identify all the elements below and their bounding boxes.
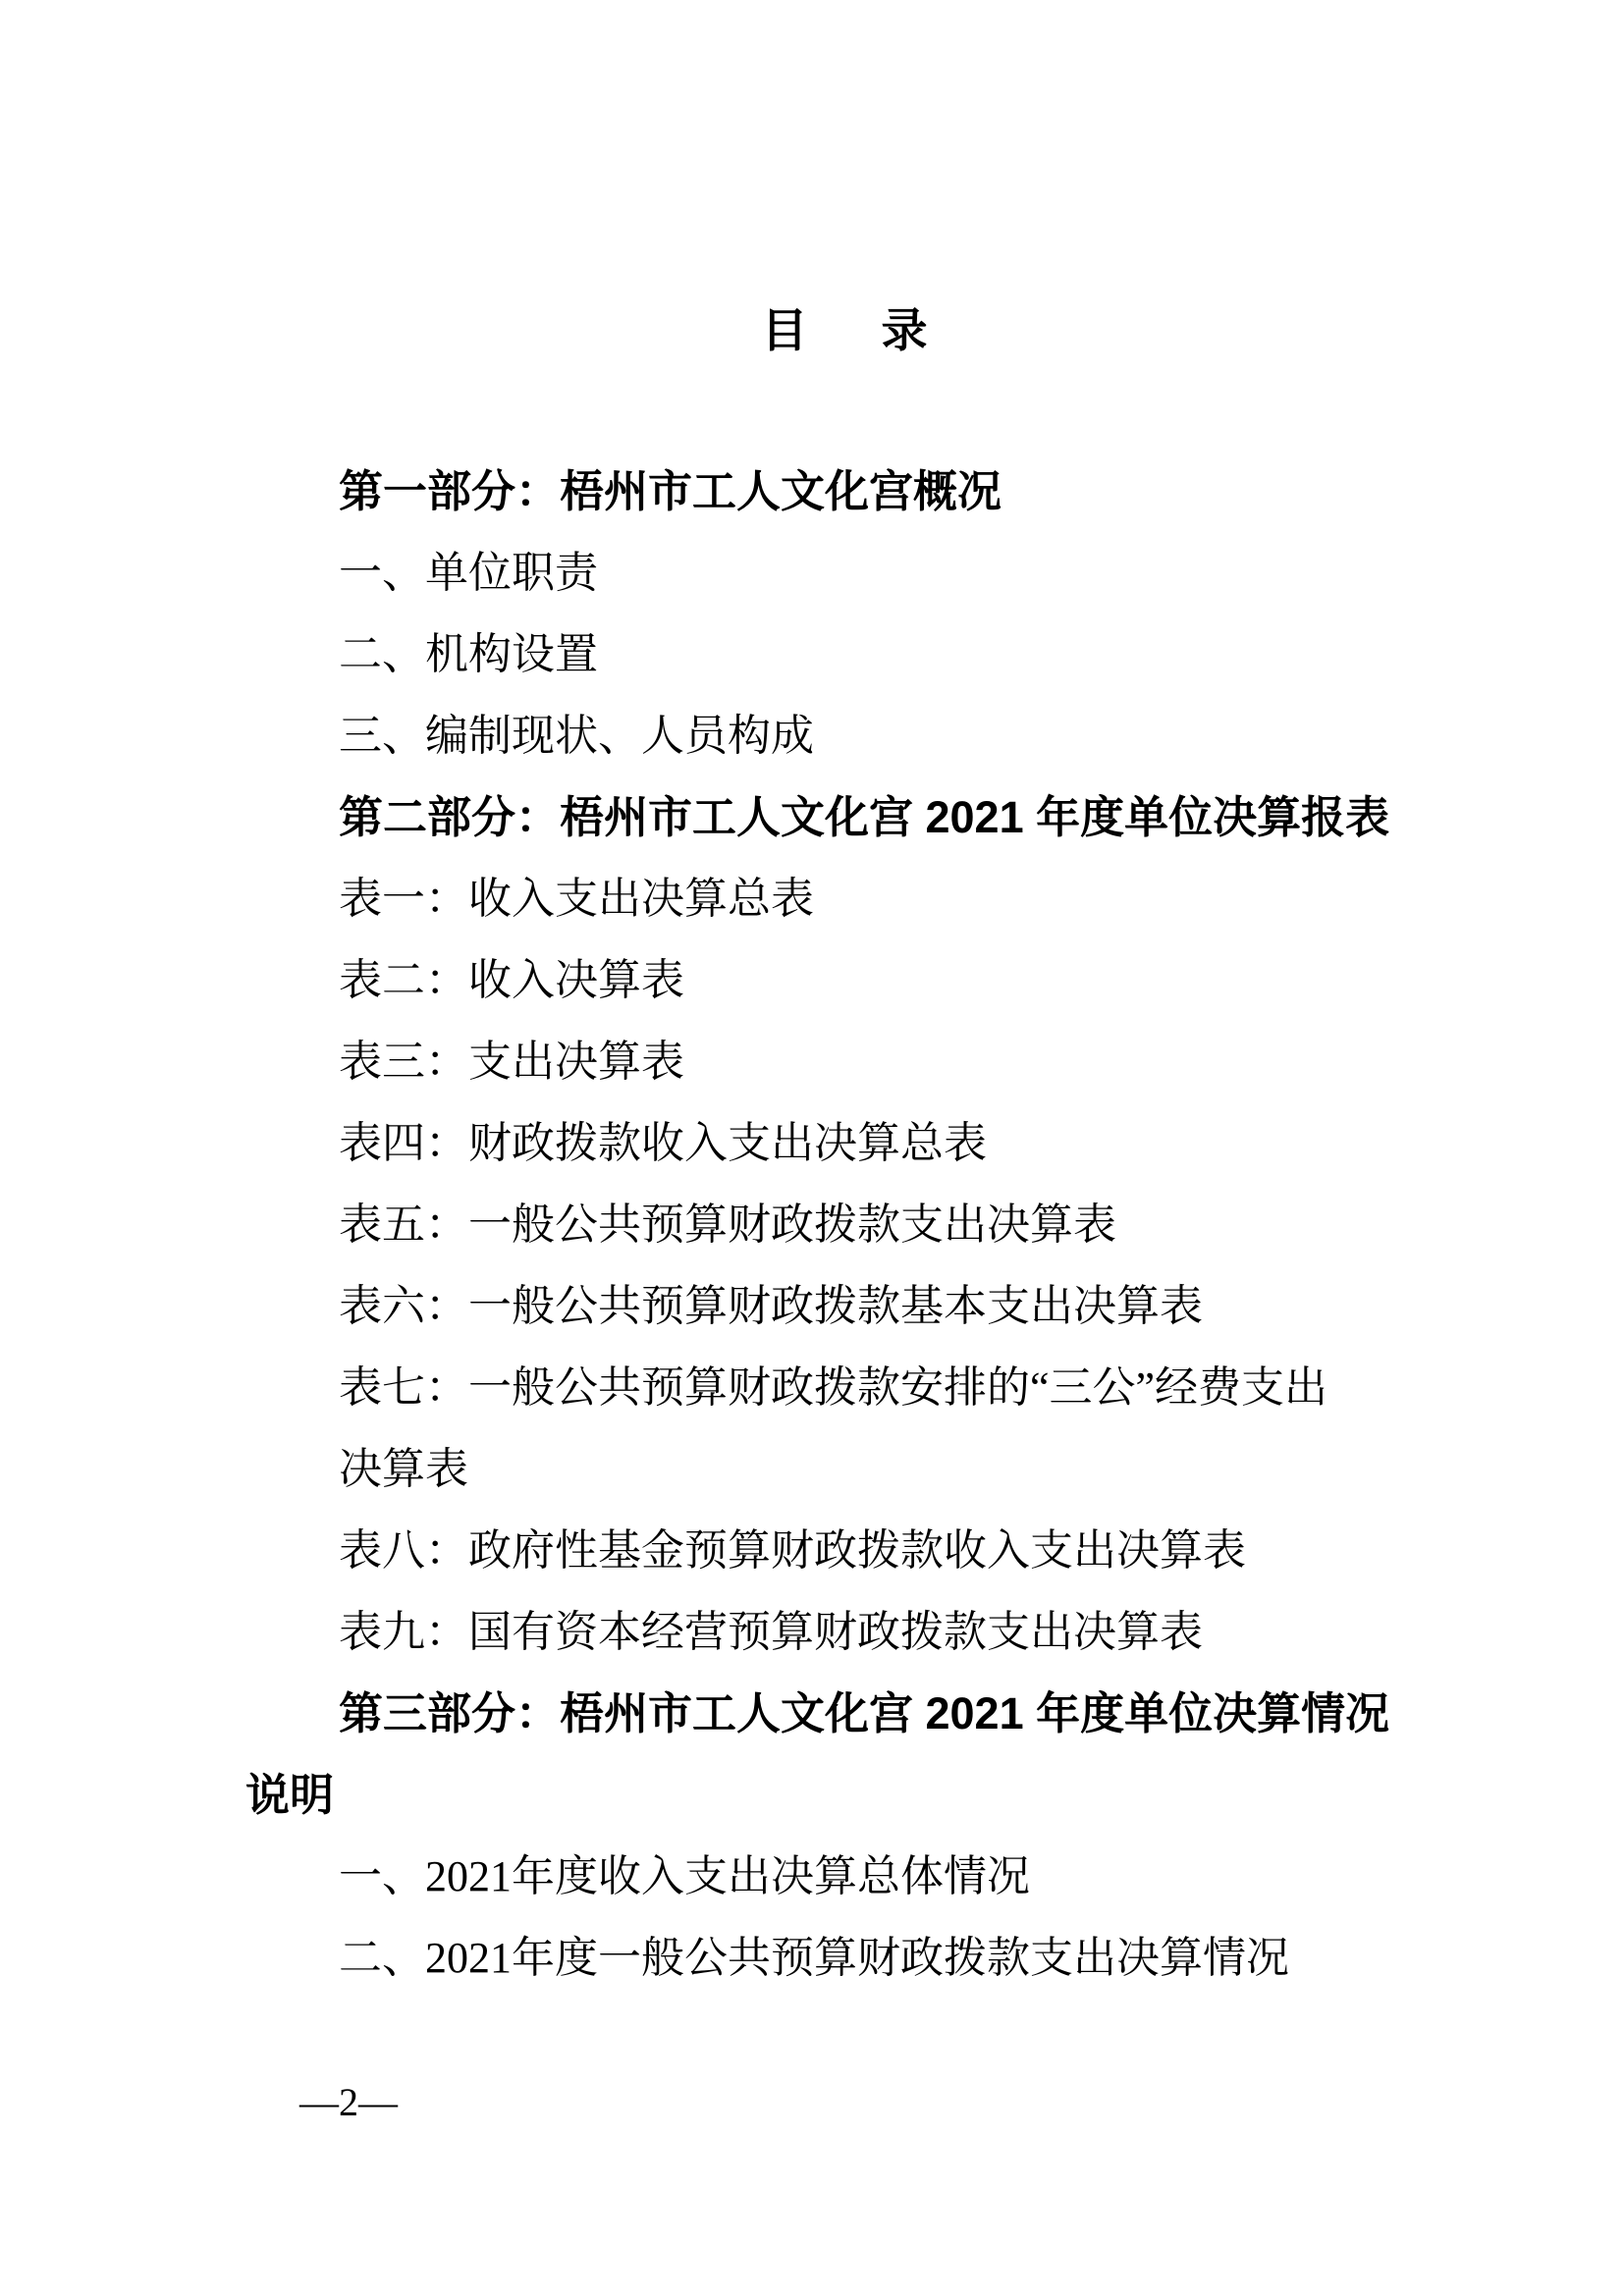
toc-item-table4: 表四：财政拨款收入支出决算总表: [245, 1102, 1379, 1184]
toc-item-table2: 表二：收入决算表: [245, 939, 1379, 1021]
toc-item-table7-continued: 决算表: [245, 1428, 1379, 1510]
toc-heading-part1: 第一部分：梧州市工人文化宫概况: [245, 451, 1379, 532]
page-number: —2—: [299, 2083, 398, 2122]
toc-heading-part3-continued: 说明: [245, 1754, 1379, 1836]
toc-item-unit-duties: 一、单位职责: [245, 532, 1379, 614]
toc-heading-part3: 第三部分：梧州市工人文化宫 2021 年度单位决算情况: [245, 1673, 1379, 1754]
toc-item-table5: 表五：一般公共预算财政拨款支出决算表: [245, 1184, 1379, 1265]
toc-item-org-setup: 二、机构设置: [245, 614, 1379, 695]
toc-item-overall-revenue-expenditure: 一、2021年度收入支出决算总体情况: [245, 1836, 1379, 1917]
toc-item-table3: 表三：支出决算表: [245, 1021, 1379, 1102]
document-title: 目 录: [285, 290, 1418, 371]
toc-item-table8: 表八：政府性基金预算财政拨款收入支出决算表: [245, 1510, 1379, 1591]
toc-item-general-budget-expenditure: 二、2021年度一般公共预算财政拨款支出决算情况: [245, 1917, 1379, 1999]
toc-item-table1: 表一：收入支出决算总表: [245, 858, 1379, 939]
toc-content: 目 录 第一部分：梧州市工人文化宫概况 一、单位职责 二、机构设置 三、编制现状…: [245, 290, 1379, 1999]
toc-item-table9: 表九：国有资本经营预算财政拨款支出决算表: [245, 1591, 1379, 1673]
toc-heading-part2: 第二部分：梧州市工人文化宫 2021 年度单位决算报表: [245, 776, 1379, 858]
document-page: 目 录 第一部分：梧州市工人文化宫概况 一、单位职责 二、机构设置 三、编制现状…: [0, 0, 1624, 2296]
toc-item-staffing: 三、编制现状、人员构成: [245, 695, 1379, 776]
toc-item-table6: 表六：一般公共预算财政拨款基本支出决算表: [245, 1265, 1379, 1347]
toc-item-table7: 表七：一般公共预算财政拨款安排的“三公”经费支出: [245, 1347, 1379, 1428]
